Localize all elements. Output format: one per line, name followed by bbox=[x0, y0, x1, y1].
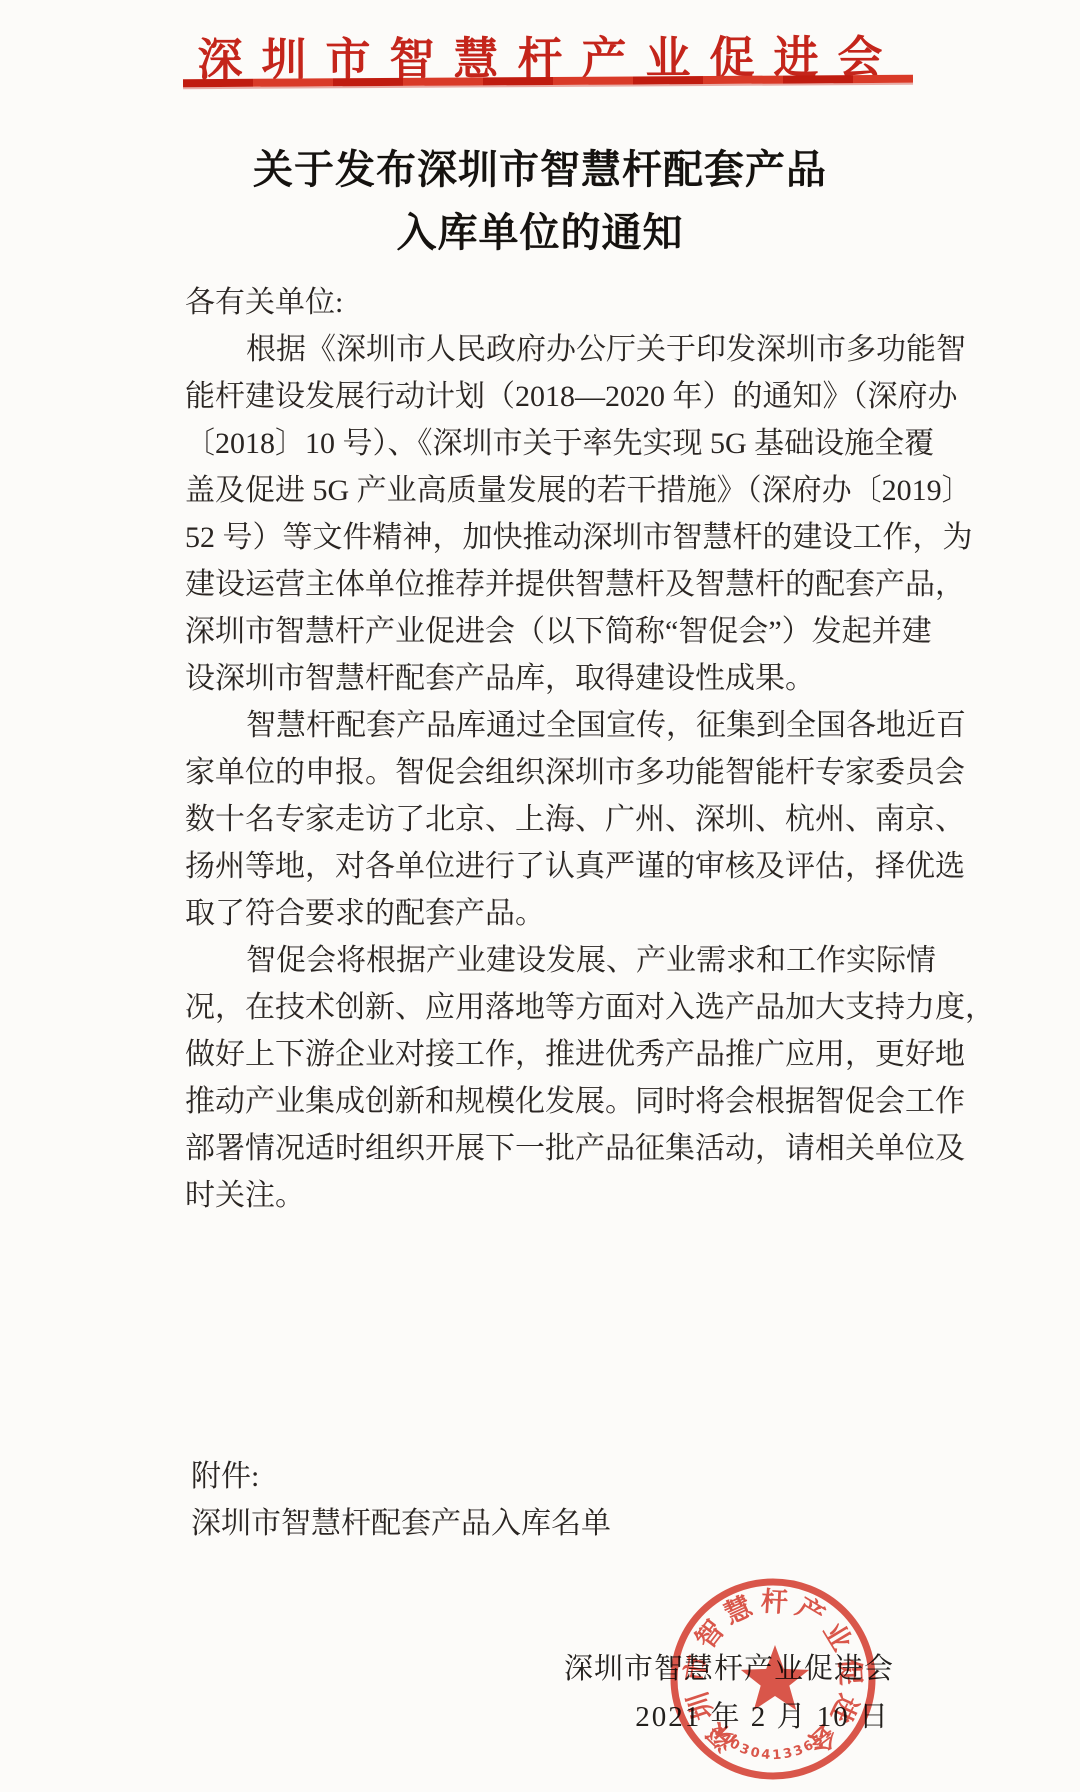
body-line: 做好上下游企业对接工作，推进优秀产品推广应用，更好地 bbox=[185, 1031, 882, 1078]
body-line: 部署情况适时组织开展下一批产品征集活动，请相关单位及 bbox=[185, 1125, 882, 1172]
document-title-line1: 关于发布深圳市智慧杆配套产品 bbox=[0, 138, 1080, 201]
body-line: 数十名专家走访了北京、上海、广州、深圳、杭州、南京、 bbox=[185, 796, 882, 843]
attachment-section: 附件: 深圳市智慧杆配套产品入库名单 bbox=[191, 1453, 611, 1547]
body-line: 建设运营主体单位推荐并提供智慧杆及智慧杆的配套产品， bbox=[185, 561, 882, 608]
document-body: 各有关单位: 根据《深圳市人民政府办公厅关于印发深圳市多功能智能杆建设发展行动计… bbox=[185, 279, 882, 1219]
body-paragraphs: 根据《深圳市人民政府办公厅关于印发深圳市多功能智能杆建设发展行动计划（2018—… bbox=[185, 326, 882, 1219]
body-line: 扬州等地，对各单位进行了认真严谨的审核及评估，择优选 bbox=[185, 843, 882, 890]
star-icon bbox=[741, 1645, 809, 1710]
body-line: 取了符合要求的配套产品。 bbox=[185, 890, 882, 937]
body-line: 深圳市智慧杆产业促进会（以下简称“智促会”）发起并建 bbox=[185, 608, 882, 655]
body-line: 能杆建设发展行动计划（2018—2020 年）的通知》（深府办 bbox=[185, 373, 882, 420]
body-line: 推动产业集成创新和规模化发展。同时将会根据智促会工作 bbox=[185, 1078, 882, 1125]
body-line: 盖及促进 5G 产业高质量发展的若干措施》（深府办〔2019〕 bbox=[185, 467, 882, 514]
attachment-name: 深圳市智慧杆配套产品入库名单 bbox=[191, 1500, 611, 1547]
body-line: 智慧杆配套产品库通过全国宣传，征集到全国各地近百 bbox=[185, 702, 882, 749]
body-line: 智促会将根据产业建设发展、产业需求和工作实际情 bbox=[185, 937, 882, 984]
body-line: 设深圳市智慧杆配套产品库，取得建设性成果。 bbox=[185, 655, 882, 702]
document-title-line2: 入库单位的通知 bbox=[0, 201, 1080, 264]
body-line: 家单位的申报。智促会组织深圳市多功能智能杆专家委员会 bbox=[185, 749, 882, 796]
official-seal: 深圳市智慧杆产业促进会 4403041336518 bbox=[666, 1574, 880, 1784]
document-title: 关于发布深圳市智慧杆配套产品 入库单位的通知 bbox=[0, 138, 1080, 264]
notice-document-page: 深圳市智慧杆产业促进会 关于发布深圳市智慧杆配套产品 入库单位的通知 各有关单位… bbox=[0, 0, 1080, 1792]
body-line: 时关注。 bbox=[185, 1172, 882, 1219]
body-line: 根据《深圳市人民政府办公厅关于印发深圳市多功能智 bbox=[185, 326, 882, 373]
body-line: 〔2018〕10 号）、《深圳市关于率先实现 5G 基础设施全覆 bbox=[185, 420, 882, 467]
salutation: 各有关单位: bbox=[185, 279, 882, 326]
body-line: 况，在技术创新、应用落地等方面对入选产品加大支持力度， bbox=[185, 984, 882, 1031]
attachment-label: 附件: bbox=[191, 1453, 611, 1500]
body-line: 52 号）等文件精神，加快推动深圳市智慧杆的建设工作，为 bbox=[185, 514, 882, 561]
